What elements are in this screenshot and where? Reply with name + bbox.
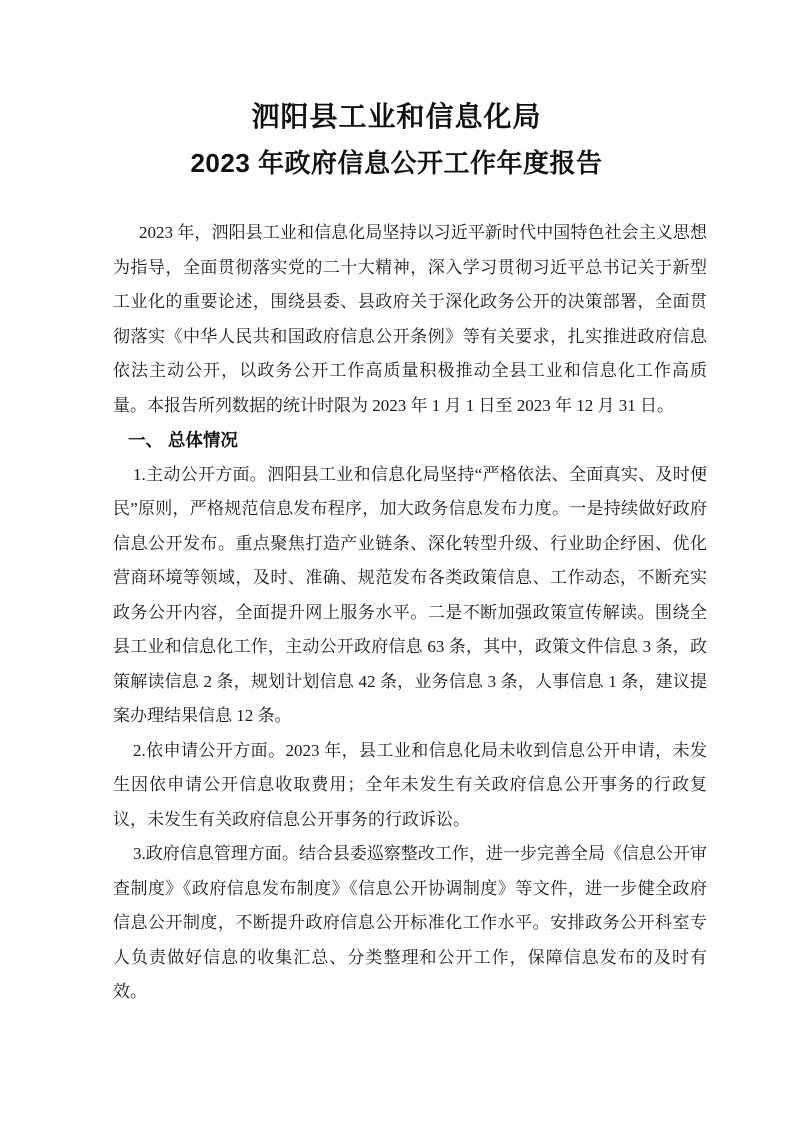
document-page: 泗阳县工业和信息化局 2023 年政府信息公开工作年度报告 2023 年，泗阳县… xyxy=(0,0,793,1122)
title-line-agency: 泗阳县工业和信息化局 xyxy=(0,93,793,140)
document-body: 2023 年，泗阳县工业和信息化局坚持以习近平新时代中国特色社会主义思想为指导，… xyxy=(113,216,707,1010)
intro-paragraph: 2023 年，泗阳县工业和信息化局坚持以习近平新时代中国特色社会主义思想为指导，… xyxy=(113,216,707,423)
document-title: 泗阳县工业和信息化局 2023 年政府信息公开工作年度报告 xyxy=(0,0,793,187)
section-heading-overall-situation: 一、 总体情况 xyxy=(113,423,707,458)
title-line-report: 2023 年政府信息公开工作年度报告 xyxy=(0,140,793,187)
paragraph-proactive-disclosure: 1.主动公开方面。泗阳县工业和信息化局坚持“严格依法、全面真实、及时便民”原则，… xyxy=(113,458,707,734)
paragraph-information-management: 3.政府信息管理方面。结合县委巡察整改工作，进一步完善全局《信息公开审查制度》《… xyxy=(113,837,707,1010)
paragraph-disclosure-upon-request: 2.依申请公开方面。2023 年，县工业和信息化局未收到信息公开申请，未发生因依… xyxy=(113,734,707,838)
